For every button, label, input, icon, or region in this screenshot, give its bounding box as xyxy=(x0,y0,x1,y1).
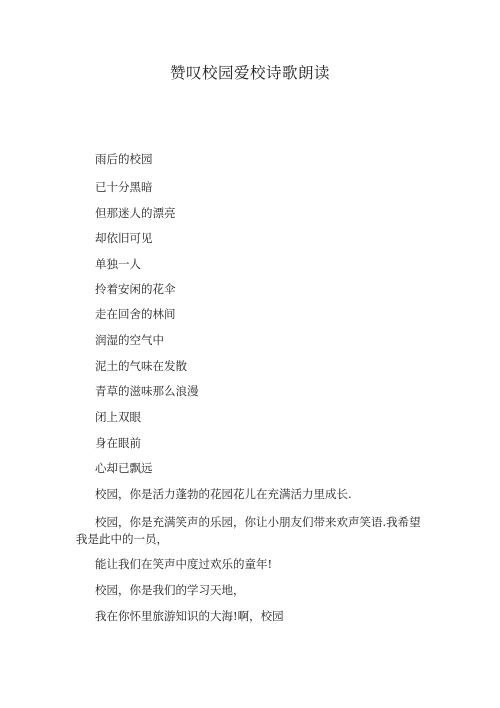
paragraph: 校园，你是我们的学习天地， xyxy=(76,582,421,599)
document-page: 赞叹校园爱校诗歌朗读 雨后的校园 已十分黑暗 但那迷人的漂亮 却依旧可见 单独一… xyxy=(0,0,500,708)
poem-line: 单独一人 xyxy=(95,257,141,271)
poem-line: 走在回舍的林间 xyxy=(95,307,176,321)
poem-line: 泥土的气味在发散 xyxy=(95,359,187,373)
poem-line: 却依旧可见 xyxy=(95,231,153,245)
paragraph: 校园，你是活力蓬勃的花园花儿在充满活力里成长. xyxy=(76,486,421,503)
paragraph: 我在你怀里旅游知识的大海!啊，校园 xyxy=(76,608,421,625)
paragraph: 校园，你是充满笑声的乐园，你让小朋友们带来欢声笑语.我希望我是此中的一员， xyxy=(76,514,421,548)
poem-line: 拎着安闲的花伞 xyxy=(95,282,176,296)
poem-line: 润湿的空气中 xyxy=(95,333,164,347)
poem-line: 已十分黑暗 xyxy=(95,180,153,194)
poem-line: 雨后的校园 xyxy=(95,152,153,166)
poem-line: 身在眼前 xyxy=(95,436,141,450)
paragraph: 能让我们在笑声中度过欢乐的童年! xyxy=(76,556,421,573)
poem-line: 青草的滋味那么浪漫 xyxy=(95,384,199,398)
document-title: 赞叹校园爱校诗歌朗读 xyxy=(0,61,500,83)
poem-line: 但那迷人的漂亮 xyxy=(95,206,176,220)
poem-line: 心却已飘远 xyxy=(95,461,153,475)
poem-line: 闭上双眼 xyxy=(95,410,141,424)
